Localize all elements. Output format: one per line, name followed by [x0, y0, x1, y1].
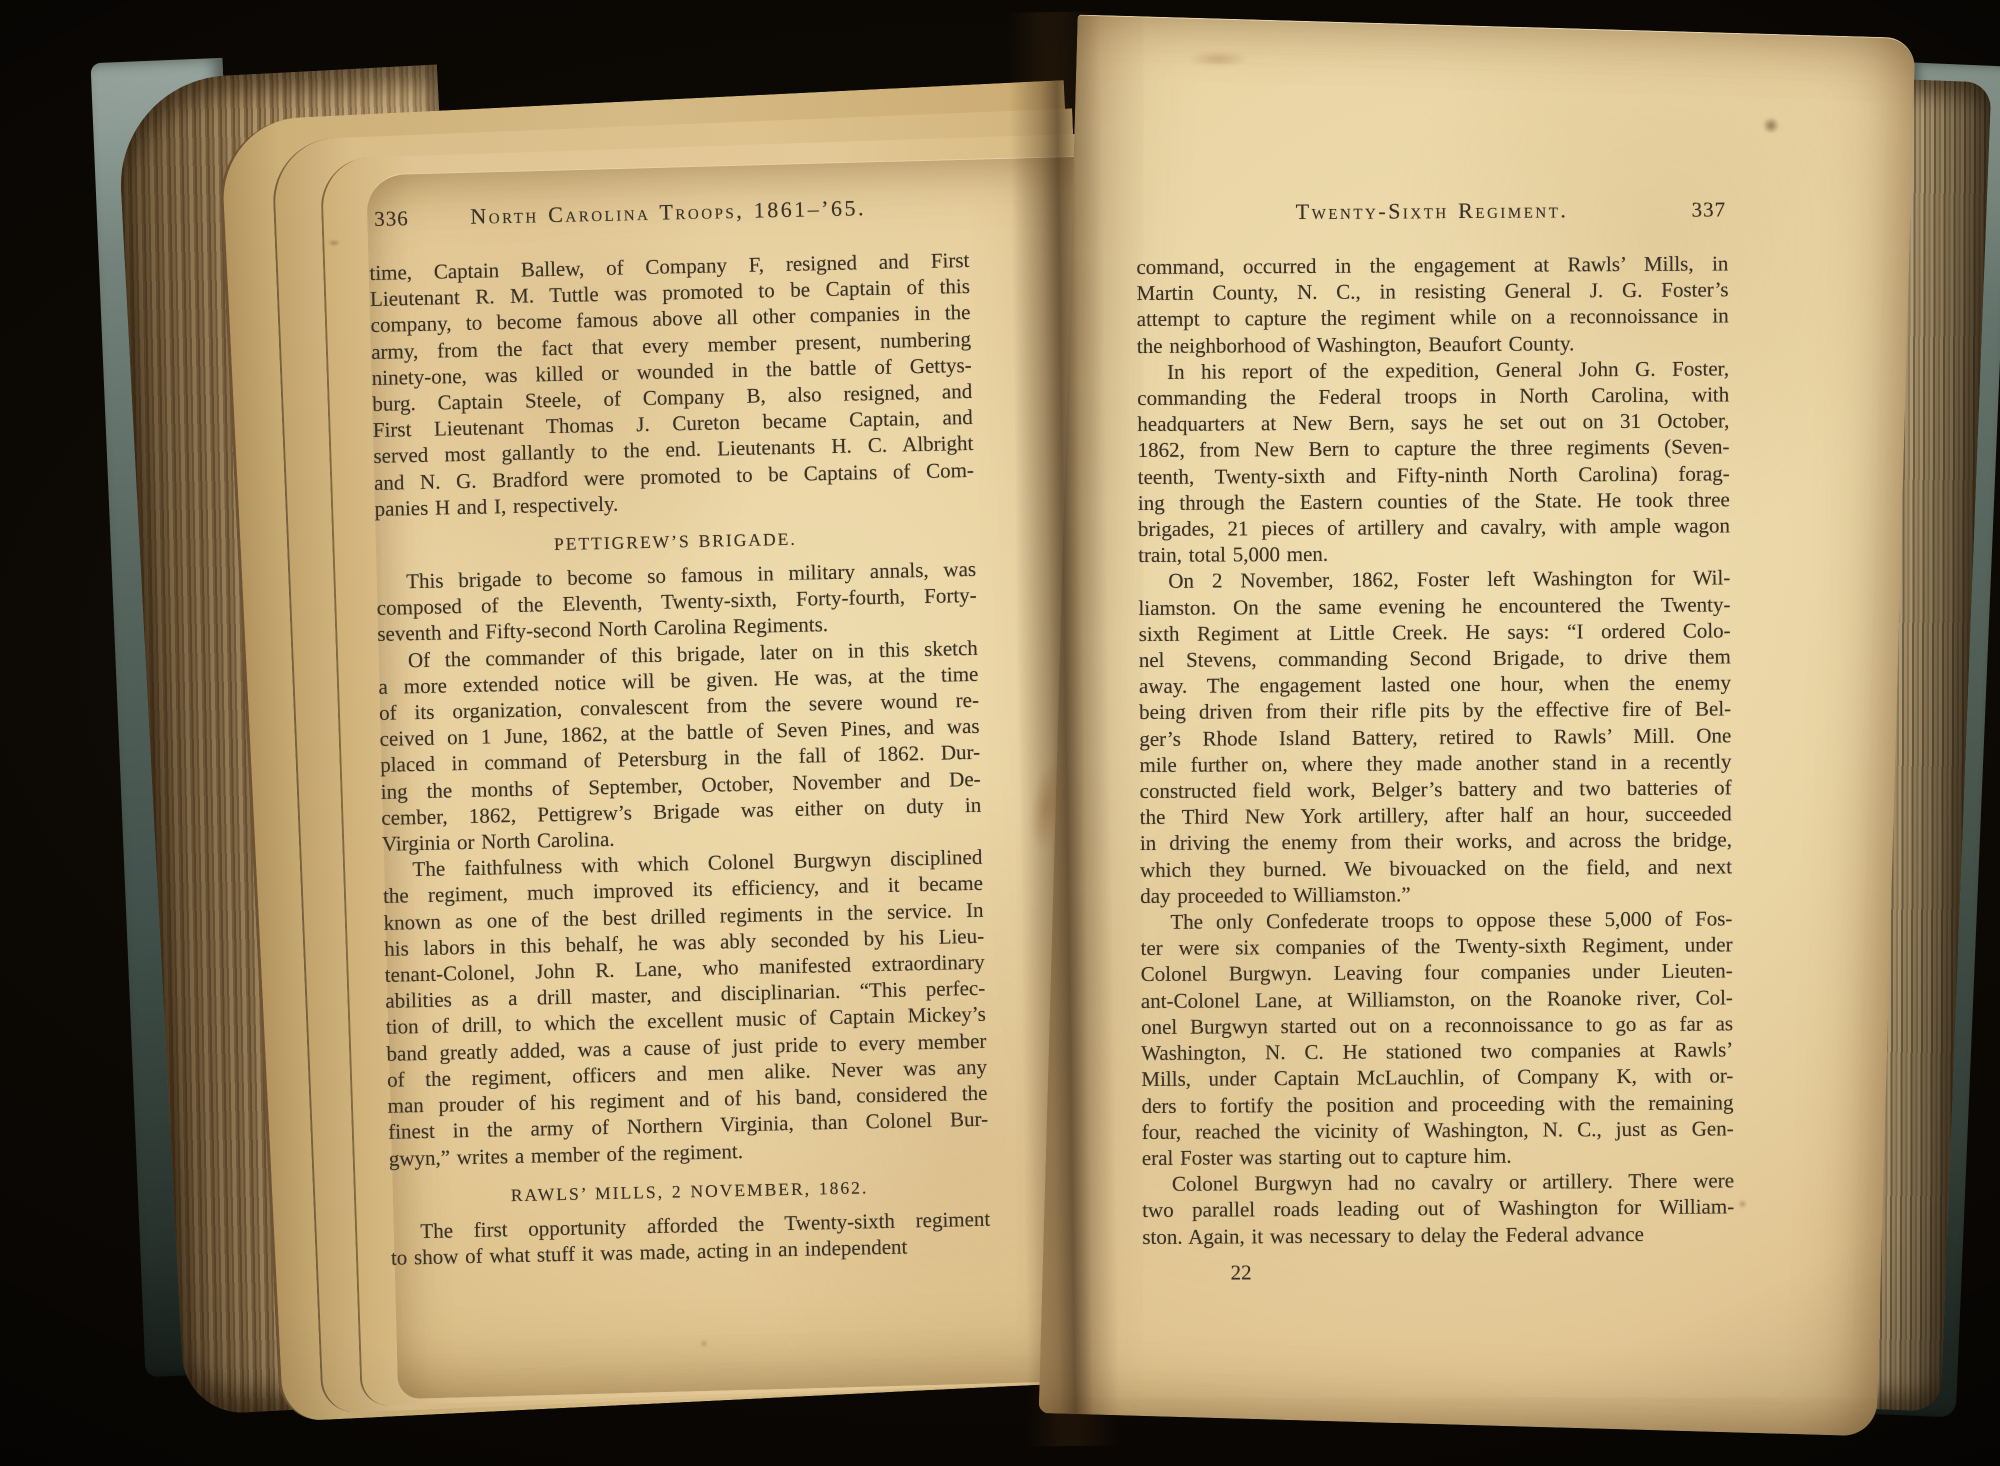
paragraph: On 2 November, 1862, Foster left Washing… [1138, 565, 1732, 909]
book-photo: 336 North Carolina Troops, 1861–’65. tim… [0, 0, 2000, 1466]
right-running-title: Twenty-Sixth Regiment. [1136, 196, 1728, 226]
paragraph: In his report of the expedition, General… [1137, 355, 1730, 568]
right-page-number: 337 [1691, 196, 1726, 222]
right-page-text: Twenty-Sixth Regiment. 337 command, occu… [1136, 196, 1735, 1286]
paragraph: Colonel Burgwyn had no cavalry or artill… [1142, 1167, 1734, 1249]
left-page-number: 336 [374, 205, 409, 232]
stain-smudge [1188, 52, 1248, 66]
paragraph: Of the commander of this brigade, later … [378, 634, 982, 857]
paragraph: The faithfulness with which Colonel Burg… [382, 844, 989, 1171]
paragraph: time, Captain Ballew, of Company F, resi… [369, 247, 975, 522]
paragraph: The only Confederate troops to oppose th… [1140, 905, 1734, 1171]
paragraph: This brigade to become so famous in mili… [376, 556, 978, 648]
stain-speck [328, 240, 340, 246]
section-heading-pettigrews-brigade: PETTIGREW’S BRIGADE. [375, 524, 975, 559]
stain-speck [1738, 1200, 1747, 1208]
signature-mark: 22 [1230, 1256, 1734, 1285]
section-heading-rawls-mills: RAWLS’ MILLS, 2 NOVEMBER, 1862. [389, 1173, 989, 1208]
paragraph: command, occurred in the engagement at R… [1136, 250, 1729, 358]
right-running-head: Twenty-Sixth Regiment. 337 [1136, 196, 1728, 230]
stain-spot [1762, 118, 1780, 133]
stain-speck [700, 1340, 708, 1347]
left-page-text: 336 North Carolina Troops, 1861–’65. tim… [368, 193, 991, 1271]
